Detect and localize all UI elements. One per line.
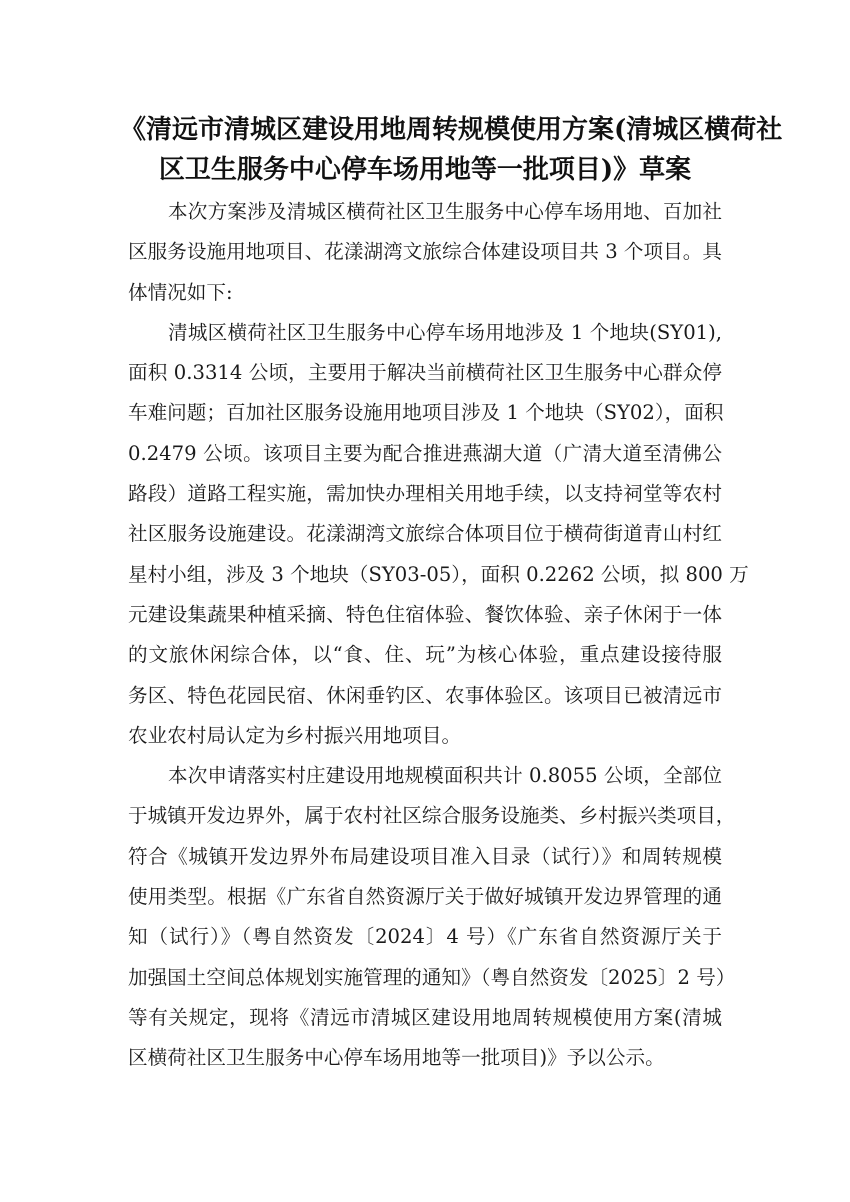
paragraph-1-line: 区服务设施用地项目、花漾湖湾文旅综合体建设项目共 3 个项目。具 (128, 232, 722, 272)
paragraph-3-line: 于城镇开发边界外，属于农村社区综合服务设施类、乡村振兴类项目， (128, 796, 722, 836)
paragraph-1-line: 体情况如下: (128, 273, 722, 313)
title-line-1: 《清远市清城区建设用地周转规模使用方案(清城区横荷社 (120, 110, 730, 150)
paragraph-2-line: 元建设集蔬果种植采摘、特色住宿体验、餐饮体验、亲子休闲于一体 (128, 595, 722, 635)
paragraph-2-line: 车难问题；百加社区服务设施用地项目涉及 1 个地块（SY02），面积 (128, 393, 722, 433)
paragraph-3-line: 本次申请落实村庄建设用地规模面积共计 0.8055 公顷，全部位 (128, 756, 722, 796)
paragraph-2-line: 农业农村局认定为乡村振兴用地项目。 (128, 716, 722, 756)
paragraph-3-line: 符合《城镇开发边界外布局建设项目准入目录（试行）》和周转规模 (128, 837, 722, 877)
paragraph-1-line: 本次方案涉及清城区横荷社区卫生服务中心停车场用地、百加社 (128, 192, 722, 232)
document-body: 本次方案涉及清城区横荷社区卫生服务中心停车场用地、百加社 区服务设施用地项目、花… (128, 192, 722, 1079)
paragraph-3-line: 知（试行）》（粤自然资发〔2024〕4 号）《广东省自然资源厅关于 (128, 917, 722, 957)
paragraph-2-line: 路段）道路工程实施，需加快办理相关用地手续，以支持祠堂等农村 (128, 474, 722, 514)
paragraph-3-line: 区横荷社区卫生服务中心停车场用地等一批项目)》予以公示。 (128, 1038, 722, 1078)
paragraph-3-line: 加强国土空间总体规划实施管理的通知》（粤自然资发〔2025〕2 号） (128, 958, 722, 998)
paragraph-3-line: 等有关规定，现将《清远市清城区建设用地周转规模使用方案(清城 (128, 998, 722, 1038)
paragraph-2-line: 的文旅休闲综合体，以“食、住、玩”为核心体验，重点建设接待服 (128, 635, 722, 675)
paragraph-2-line: 务区、特色花园民宿、休闲垂钓区、农事体验区。该项目已被清远市 (128, 676, 722, 716)
document-title: 《清远市清城区建设用地周转规模使用方案(清城区横荷社 区卫生服务中心停车场用地等… (120, 110, 730, 190)
document-page: 《清远市清城区建设用地周转规模使用方案(清城区横荷社 区卫生服务中心停车场用地等… (0, 0, 850, 1202)
paragraph-2-line: 0.2479 公顷。该项目主要为配合推进燕湖大道（广清大道至清佛公 (128, 434, 722, 474)
paragraph-2-line: 社区服务设施建设。花漾湖湾文旅综合体项目位于横荷街道青山村红 (128, 514, 722, 554)
paragraph-2-line: 面积 0.3314 公顷，主要用于解决当前横荷社区卫生服务中心群众停 (128, 353, 722, 393)
title-line-2: 区卫生服务中心停车场用地等一批项目)》草案 (120, 150, 730, 190)
paragraph-2-line: 清城区横荷社区卫生服务中心停车场用地涉及 1 个地块(SY01), (128, 313, 722, 353)
paragraph-3-line: 使用类型。根据《广东省自然资源厅关于做好城镇开发边界管理的通 (128, 877, 722, 917)
paragraph-2-line: 星村小组，涉及 3 个地块（SY03-05），面积 0.2262 公顷，拟 80… (128, 555, 722, 595)
